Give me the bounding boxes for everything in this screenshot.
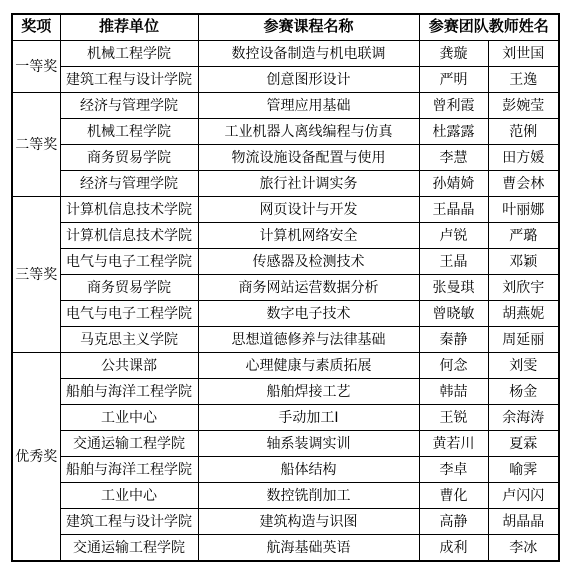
unit-cell: 计算机信息技术学院 xyxy=(60,197,198,223)
teacher2-cell: 刘雯 xyxy=(488,353,559,379)
unit-cell: 公共课部 xyxy=(60,353,198,379)
teacher2-cell: 王逸 xyxy=(488,67,559,93)
award-results-table: 奖项 推荐单位 参赛课程名称 参赛团队教师姓名 一等奖机械工程学院数控设备制造与… xyxy=(11,13,560,562)
table-row: 经济与管理学院旅行社计调实务孙婧婍曹会林 xyxy=(12,171,559,197)
unit-cell: 马克思主义学院 xyxy=(60,327,198,353)
teacher1-cell: 孙婧婍 xyxy=(419,171,488,197)
teacher1-cell: 秦静 xyxy=(419,327,488,353)
course-cell: 心理健康与素质拓展 xyxy=(198,353,419,379)
unit-cell: 经济与管理学院 xyxy=(60,93,198,119)
teacher2-cell: 曹会林 xyxy=(488,171,559,197)
table-row: 工业中心数控铣削加工曹化卢闪闪 xyxy=(12,483,559,509)
award-cell: 三等奖 xyxy=(12,197,60,353)
award-cell: 二等奖 xyxy=(12,93,60,197)
course-cell: 管理应用基础 xyxy=(198,93,419,119)
header-unit: 推荐单位 xyxy=(60,14,198,41)
unit-cell: 交通运输工程学院 xyxy=(60,431,198,457)
teacher2-cell: 严璐 xyxy=(488,223,559,249)
table-row: 交通运输工程学院航海基础英语成利李冰 xyxy=(12,535,559,562)
course-cell: 航海基础英语 xyxy=(198,535,419,562)
course-cell: 旅行社计调实务 xyxy=(198,171,419,197)
course-cell: 数控设备制造与机电联调 xyxy=(198,41,419,67)
unit-cell: 船舶与海洋工程学院 xyxy=(60,379,198,405)
unit-cell: 工业中心 xyxy=(60,405,198,431)
unit-cell: 交通运输工程学院 xyxy=(60,535,198,562)
page: 奖项 推荐单位 参赛课程名称 参赛团队教师姓名 一等奖机械工程学院数控设备制造与… xyxy=(0,0,568,570)
table-row: 电气与电子工程学院传感器及检测技术王晶邓颖 xyxy=(12,249,559,275)
table-row: 电气与电子工程学院数字电子技术曾晓敏胡燕妮 xyxy=(12,301,559,327)
teacher2-cell: 余海涛 xyxy=(488,405,559,431)
course-cell: 商务网站运营数据分析 xyxy=(198,275,419,301)
course-cell: 网页设计与开发 xyxy=(198,197,419,223)
course-cell: 数控铣削加工 xyxy=(198,483,419,509)
teacher2-cell: 范俐 xyxy=(488,119,559,145)
course-cell: 传感器及检测技术 xyxy=(198,249,419,275)
unit-cell: 工业中心 xyxy=(60,483,198,509)
table-row: 商务贸易学院物流设施设备配置与使用李慧田方媛 xyxy=(12,145,559,171)
teacher1-cell: 王晶晶 xyxy=(419,197,488,223)
teacher2-cell: 彭婉莹 xyxy=(488,93,559,119)
teacher1-cell: 成利 xyxy=(419,535,488,562)
unit-cell: 建筑工程与设计学院 xyxy=(60,67,198,93)
teacher2-cell: 卢闪闪 xyxy=(488,483,559,509)
course-cell: 船体结构 xyxy=(198,457,419,483)
teacher2-cell: 胡晶晶 xyxy=(488,509,559,535)
table-row: 三等奖计算机信息技术学院网页设计与开发王晶晶叶丽娜 xyxy=(12,197,559,223)
teacher2-cell: 夏霖 xyxy=(488,431,559,457)
teacher1-cell: 曹化 xyxy=(419,483,488,509)
teacher2-cell: 刘世国 xyxy=(488,41,559,67)
header-award: 奖项 xyxy=(12,14,60,41)
award-cell: 一等奖 xyxy=(12,41,60,93)
table-row: 工业中心手动加工Ⅰ王锐余海涛 xyxy=(12,405,559,431)
header-course: 参赛课程名称 xyxy=(198,14,419,41)
teacher1-cell: 王晶 xyxy=(419,249,488,275)
table-row: 建筑工程与设计学院创意图形设计严明王逸 xyxy=(12,67,559,93)
unit-cell: 电气与电子工程学院 xyxy=(60,249,198,275)
teacher1-cell: 李慧 xyxy=(419,145,488,171)
unit-cell: 船舶与海洋工程学院 xyxy=(60,457,198,483)
unit-cell: 建筑工程与设计学院 xyxy=(60,509,198,535)
header-teachers: 参赛团队教师姓名 xyxy=(419,14,559,41)
header-row: 奖项 推荐单位 参赛课程名称 参赛团队教师姓名 xyxy=(12,14,559,41)
table-row: 计算机信息技术学院计算机网络安全卢锐严璐 xyxy=(12,223,559,249)
award-table-body: 一等奖机械工程学院数控设备制造与机电联调龚璇刘世国建筑工程与设计学院创意图形设计… xyxy=(12,41,559,562)
table-row: 机械工程学院工业机器人离线编程与仿真杜露露范俐 xyxy=(12,119,559,145)
table-row: 马克思主义学院思想道德修养与法律基础秦静周延丽 xyxy=(12,327,559,353)
table-row: 一等奖机械工程学院数控设备制造与机电联调龚璇刘世国 xyxy=(12,41,559,67)
table-row: 优秀奖公共课部心理健康与素质拓展何念刘雯 xyxy=(12,353,559,379)
teacher2-cell: 刘欣宇 xyxy=(488,275,559,301)
course-cell: 创意图形设计 xyxy=(198,67,419,93)
course-cell: 建筑构造与识图 xyxy=(198,509,419,535)
teacher1-cell: 黄若川 xyxy=(419,431,488,457)
course-cell: 思想道德修养与法律基础 xyxy=(198,327,419,353)
table-row: 交通运输工程学院轴系装调实训黄若川夏霖 xyxy=(12,431,559,457)
course-cell: 计算机网络安全 xyxy=(198,223,419,249)
table-row: 商务贸易学院商务网站运营数据分析张曼琪刘欣宇 xyxy=(12,275,559,301)
teacher1-cell: 韩喆 xyxy=(419,379,488,405)
teacher1-cell: 张曼琪 xyxy=(419,275,488,301)
teacher2-cell: 邓颖 xyxy=(488,249,559,275)
teacher2-cell: 周延丽 xyxy=(488,327,559,353)
teacher1-cell: 高静 xyxy=(419,509,488,535)
course-cell: 船舶焊接工艺 xyxy=(198,379,419,405)
award-cell: 优秀奖 xyxy=(12,353,60,562)
teacher2-cell: 叶丽娜 xyxy=(488,197,559,223)
teacher1-cell: 李卓 xyxy=(419,457,488,483)
course-cell: 工业机器人离线编程与仿真 xyxy=(198,119,419,145)
teacher1-cell: 曾晓敏 xyxy=(419,301,488,327)
teacher2-cell: 田方媛 xyxy=(488,145,559,171)
teacher1-cell: 曾利霞 xyxy=(419,93,488,119)
unit-cell: 机械工程学院 xyxy=(60,41,198,67)
unit-cell: 经济与管理学院 xyxy=(60,171,198,197)
table-row: 船舶与海洋工程学院船舶焊接工艺韩喆杨金 xyxy=(12,379,559,405)
teacher2-cell: 李冰 xyxy=(488,535,559,562)
teacher1-cell: 龚璇 xyxy=(419,41,488,67)
table-row: 二等奖经济与管理学院管理应用基础曾利霞彭婉莹 xyxy=(12,93,559,119)
unit-cell: 计算机信息技术学院 xyxy=(60,223,198,249)
teacher2-cell: 胡燕妮 xyxy=(488,301,559,327)
table-row: 船舶与海洋工程学院船体结构李卓喻霁 xyxy=(12,457,559,483)
teacher1-cell: 严明 xyxy=(419,67,488,93)
table-row: 建筑工程与设计学院建筑构造与识图高静胡晶晶 xyxy=(12,509,559,535)
teacher1-cell: 杜露露 xyxy=(419,119,488,145)
course-cell: 手动加工Ⅰ xyxy=(198,405,419,431)
teacher1-cell: 何念 xyxy=(419,353,488,379)
course-cell: 轴系装调实训 xyxy=(198,431,419,457)
unit-cell: 电气与电子工程学院 xyxy=(60,301,198,327)
unit-cell: 商务贸易学院 xyxy=(60,145,198,171)
course-cell: 物流设施设备配置与使用 xyxy=(198,145,419,171)
course-cell: 数字电子技术 xyxy=(198,301,419,327)
teacher2-cell: 杨金 xyxy=(488,379,559,405)
teacher2-cell: 喻霁 xyxy=(488,457,559,483)
teacher1-cell: 卢锐 xyxy=(419,223,488,249)
teacher1-cell: 王锐 xyxy=(419,405,488,431)
unit-cell: 商务贸易学院 xyxy=(60,275,198,301)
unit-cell: 机械工程学院 xyxy=(60,119,198,145)
